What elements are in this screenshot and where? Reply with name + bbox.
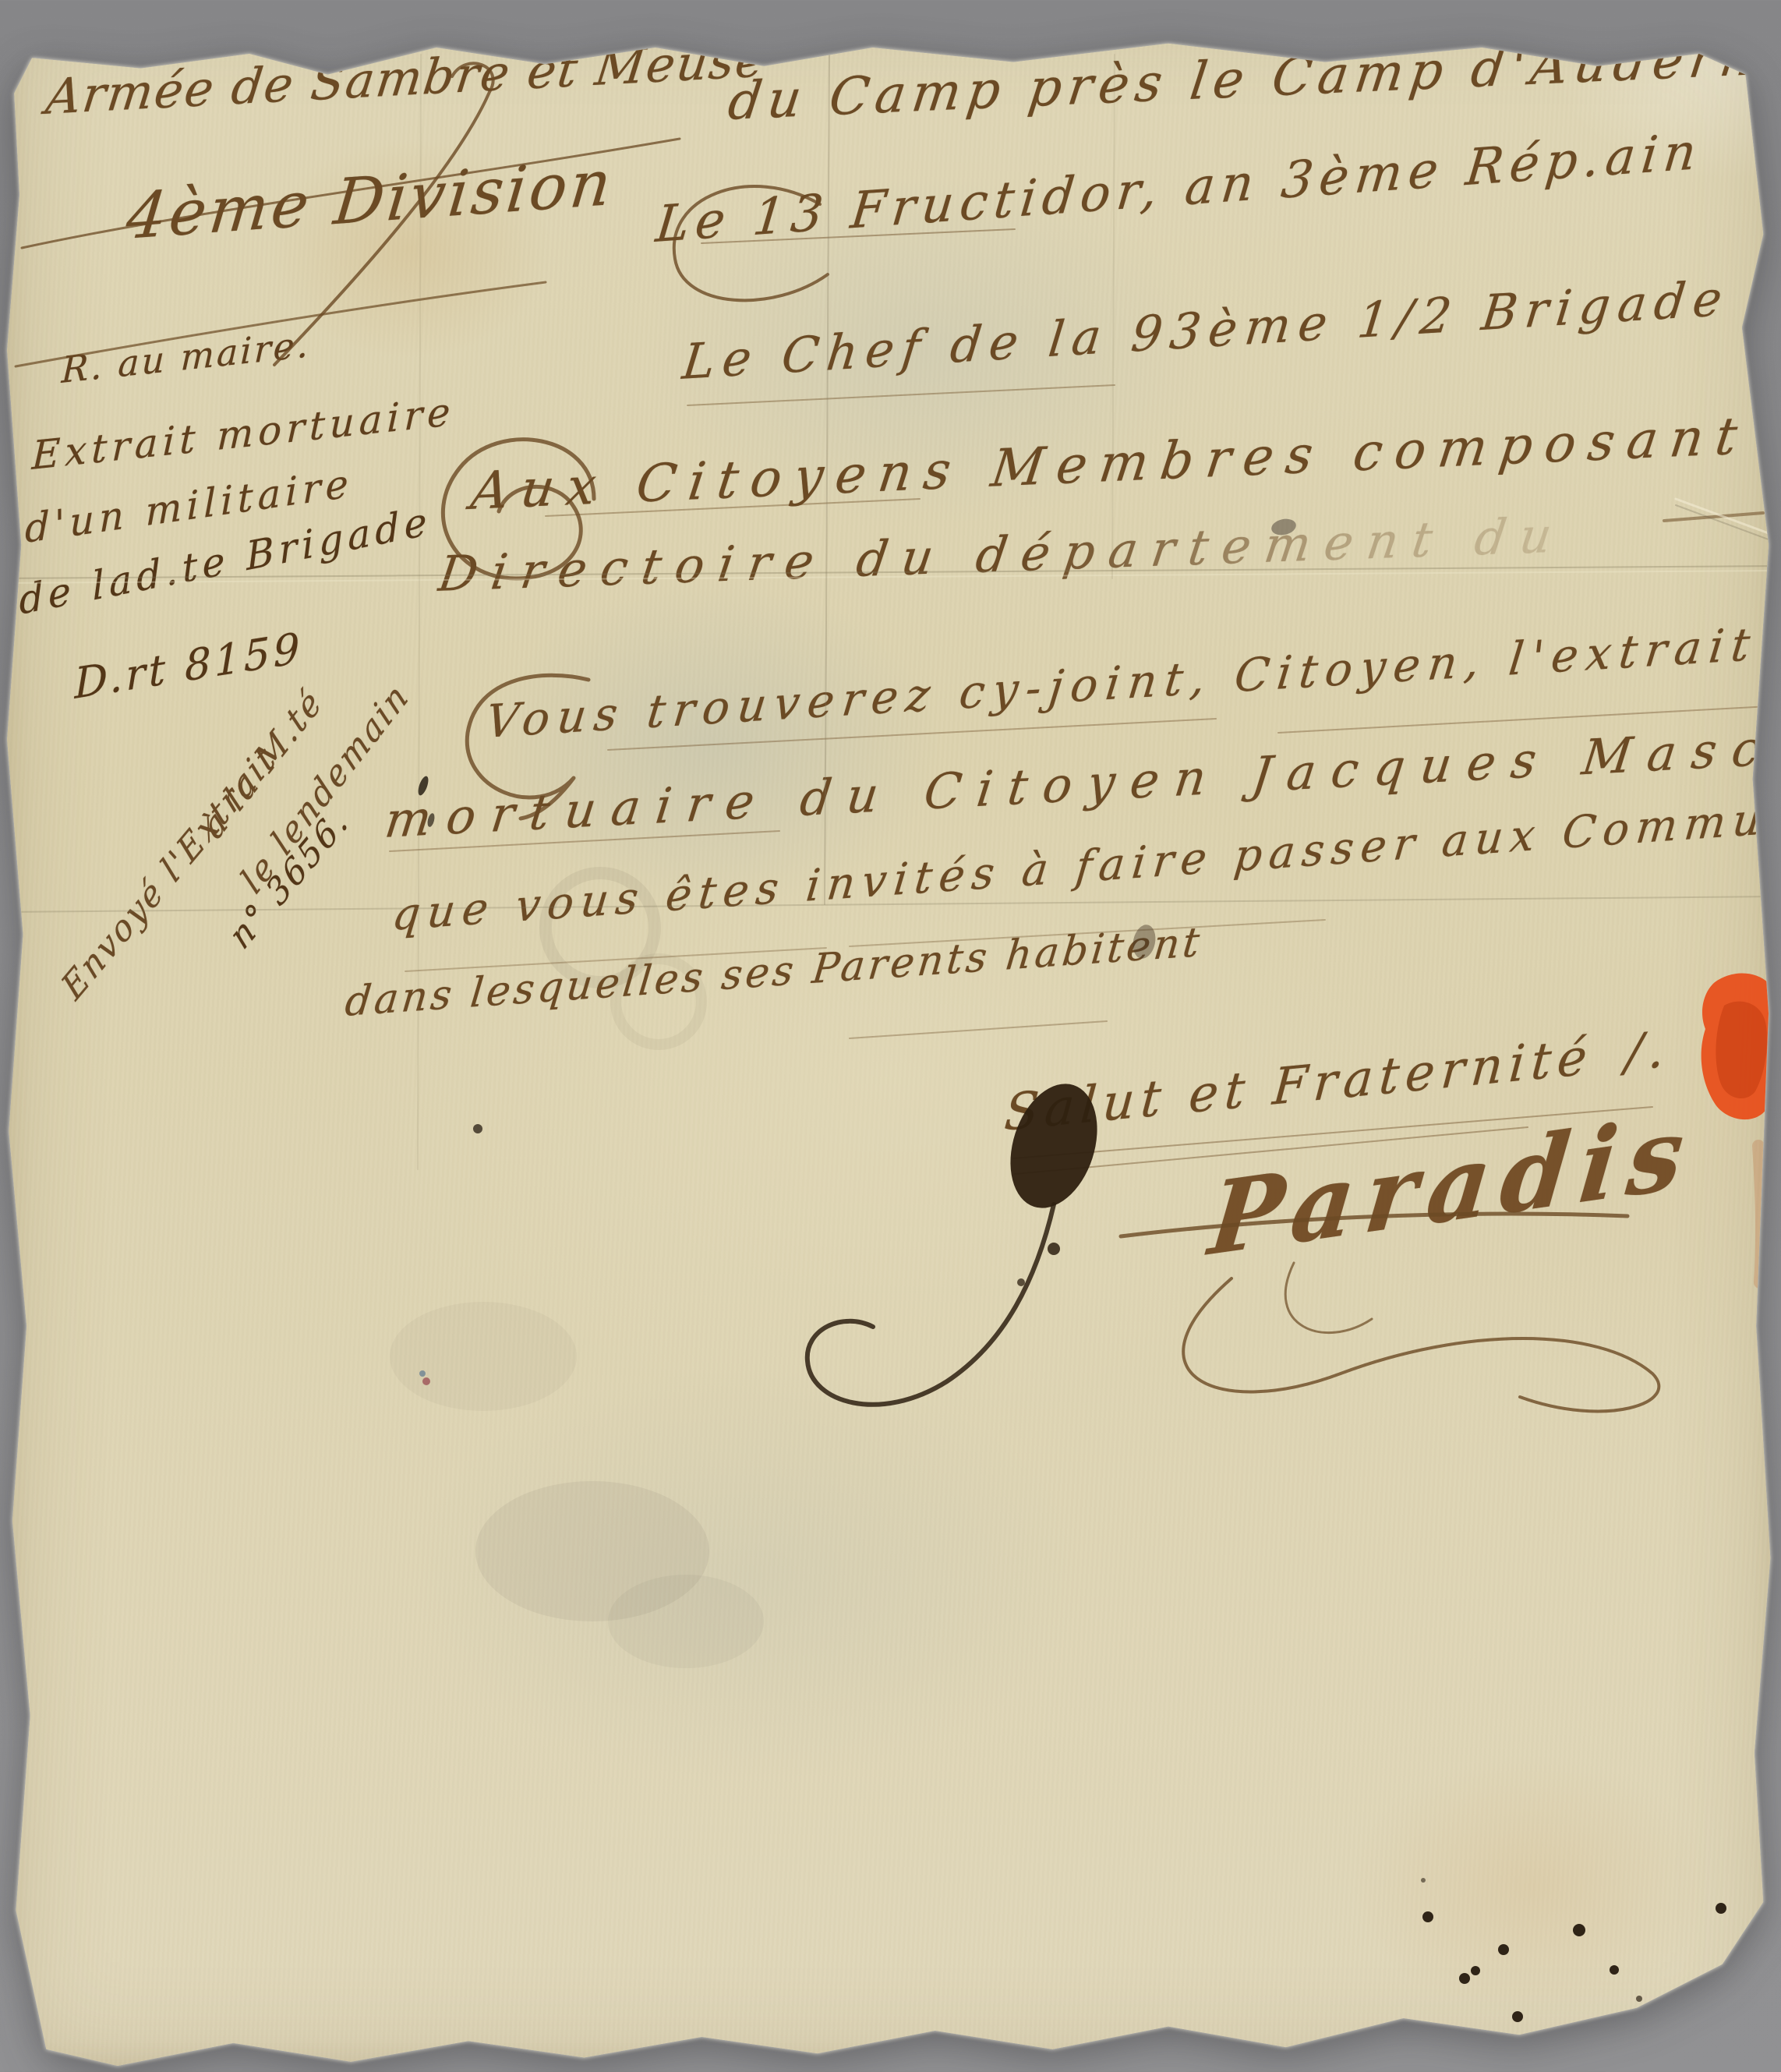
ink-dot <box>1610 1965 1619 1975</box>
ink-dot <box>1422 1911 1433 1922</box>
wax-smear <box>1758 1146 1762 1282</box>
closing-flourish-mark: /. <box>1624 1020 1673 1083</box>
header-division-line: 4ème Division <box>123 146 617 253</box>
ligature-stroke-7 <box>850 1021 1107 1038</box>
ink-blot-drip-2 <box>1017 1278 1025 1286</box>
ghost-blot-2 <box>608 1575 764 1668</box>
sender-line: Le Chef de la 93ème 1/2 Brigade <box>680 269 1733 391</box>
wax-seal-core <box>1716 1002 1767 1098</box>
blue-speck <box>419 1370 426 1377</box>
letter-scan: { "colors": { "background": "#8d8d8f", "… <box>0 0 1781 2072</box>
ink-dot <box>1471 1966 1480 1975</box>
ligature-stroke-2 <box>687 385 1115 405</box>
ink-blot-drip-1 <box>1048 1243 1060 1255</box>
red-speck <box>422 1377 430 1385</box>
header-place-line: du Camp près le Camp d'Audernach <box>725 22 1781 132</box>
document-page: Armée de Sambre et Meuse 4ème Division d… <box>0 0 1781 2072</box>
paper-sheet: Armée de Sambre et Meuse 4ème Division d… <box>0 0 1781 2072</box>
ink-dot <box>1573 1924 1585 1936</box>
ink-blot-tail <box>807 1204 1054 1405</box>
signature-flourish <box>1183 1278 1659 1411</box>
signature-flourish-loop <box>1285 1263 1372 1333</box>
header-date-line: Le 13 Fructidor, an 3ème Rép.ain <box>653 122 1705 254</box>
right-edge-fold-highlight <box>1676 499 1781 538</box>
body-line-1: Vous trouverez cy-joint, Citoyen, l'extr… <box>483 617 1761 748</box>
ink-dot <box>1636 1996 1642 2002</box>
recipient-line-1: Aux Citoyens Membres composant le <box>468 401 1781 522</box>
ink-dots-cluster <box>1421 1878 1726 2022</box>
ink-dot <box>1716 1903 1726 1914</box>
margin-registry-number: D.rt 8159 <box>74 623 303 709</box>
recipient-line-2-dash <box>1664 513 1763 521</box>
ink-dot <box>1421 1878 1426 1883</box>
recipient-line-2: Directoire du département du <box>435 506 1569 603</box>
right-edge-fold-shadow <box>1676 505 1781 544</box>
wax-seal <box>1701 973 1781 1119</box>
margin-subject-line-1: Extrait mortuaire <box>31 388 456 479</box>
margin-reply-note: R. au maire. <box>61 323 311 391</box>
ghost-blot-3 <box>390 1302 577 1411</box>
ink-dot <box>1498 1944 1509 1955</box>
ink-mark-3 <box>473 1124 482 1133</box>
header-army-line: Armée de Sambre et Meuse <box>43 30 769 126</box>
ink-dot <box>1459 1973 1470 1984</box>
signature: Paradis <box>1204 1092 1700 1278</box>
ghost-blot-1 <box>475 1481 709 1621</box>
ink-dot <box>1512 2011 1523 2022</box>
